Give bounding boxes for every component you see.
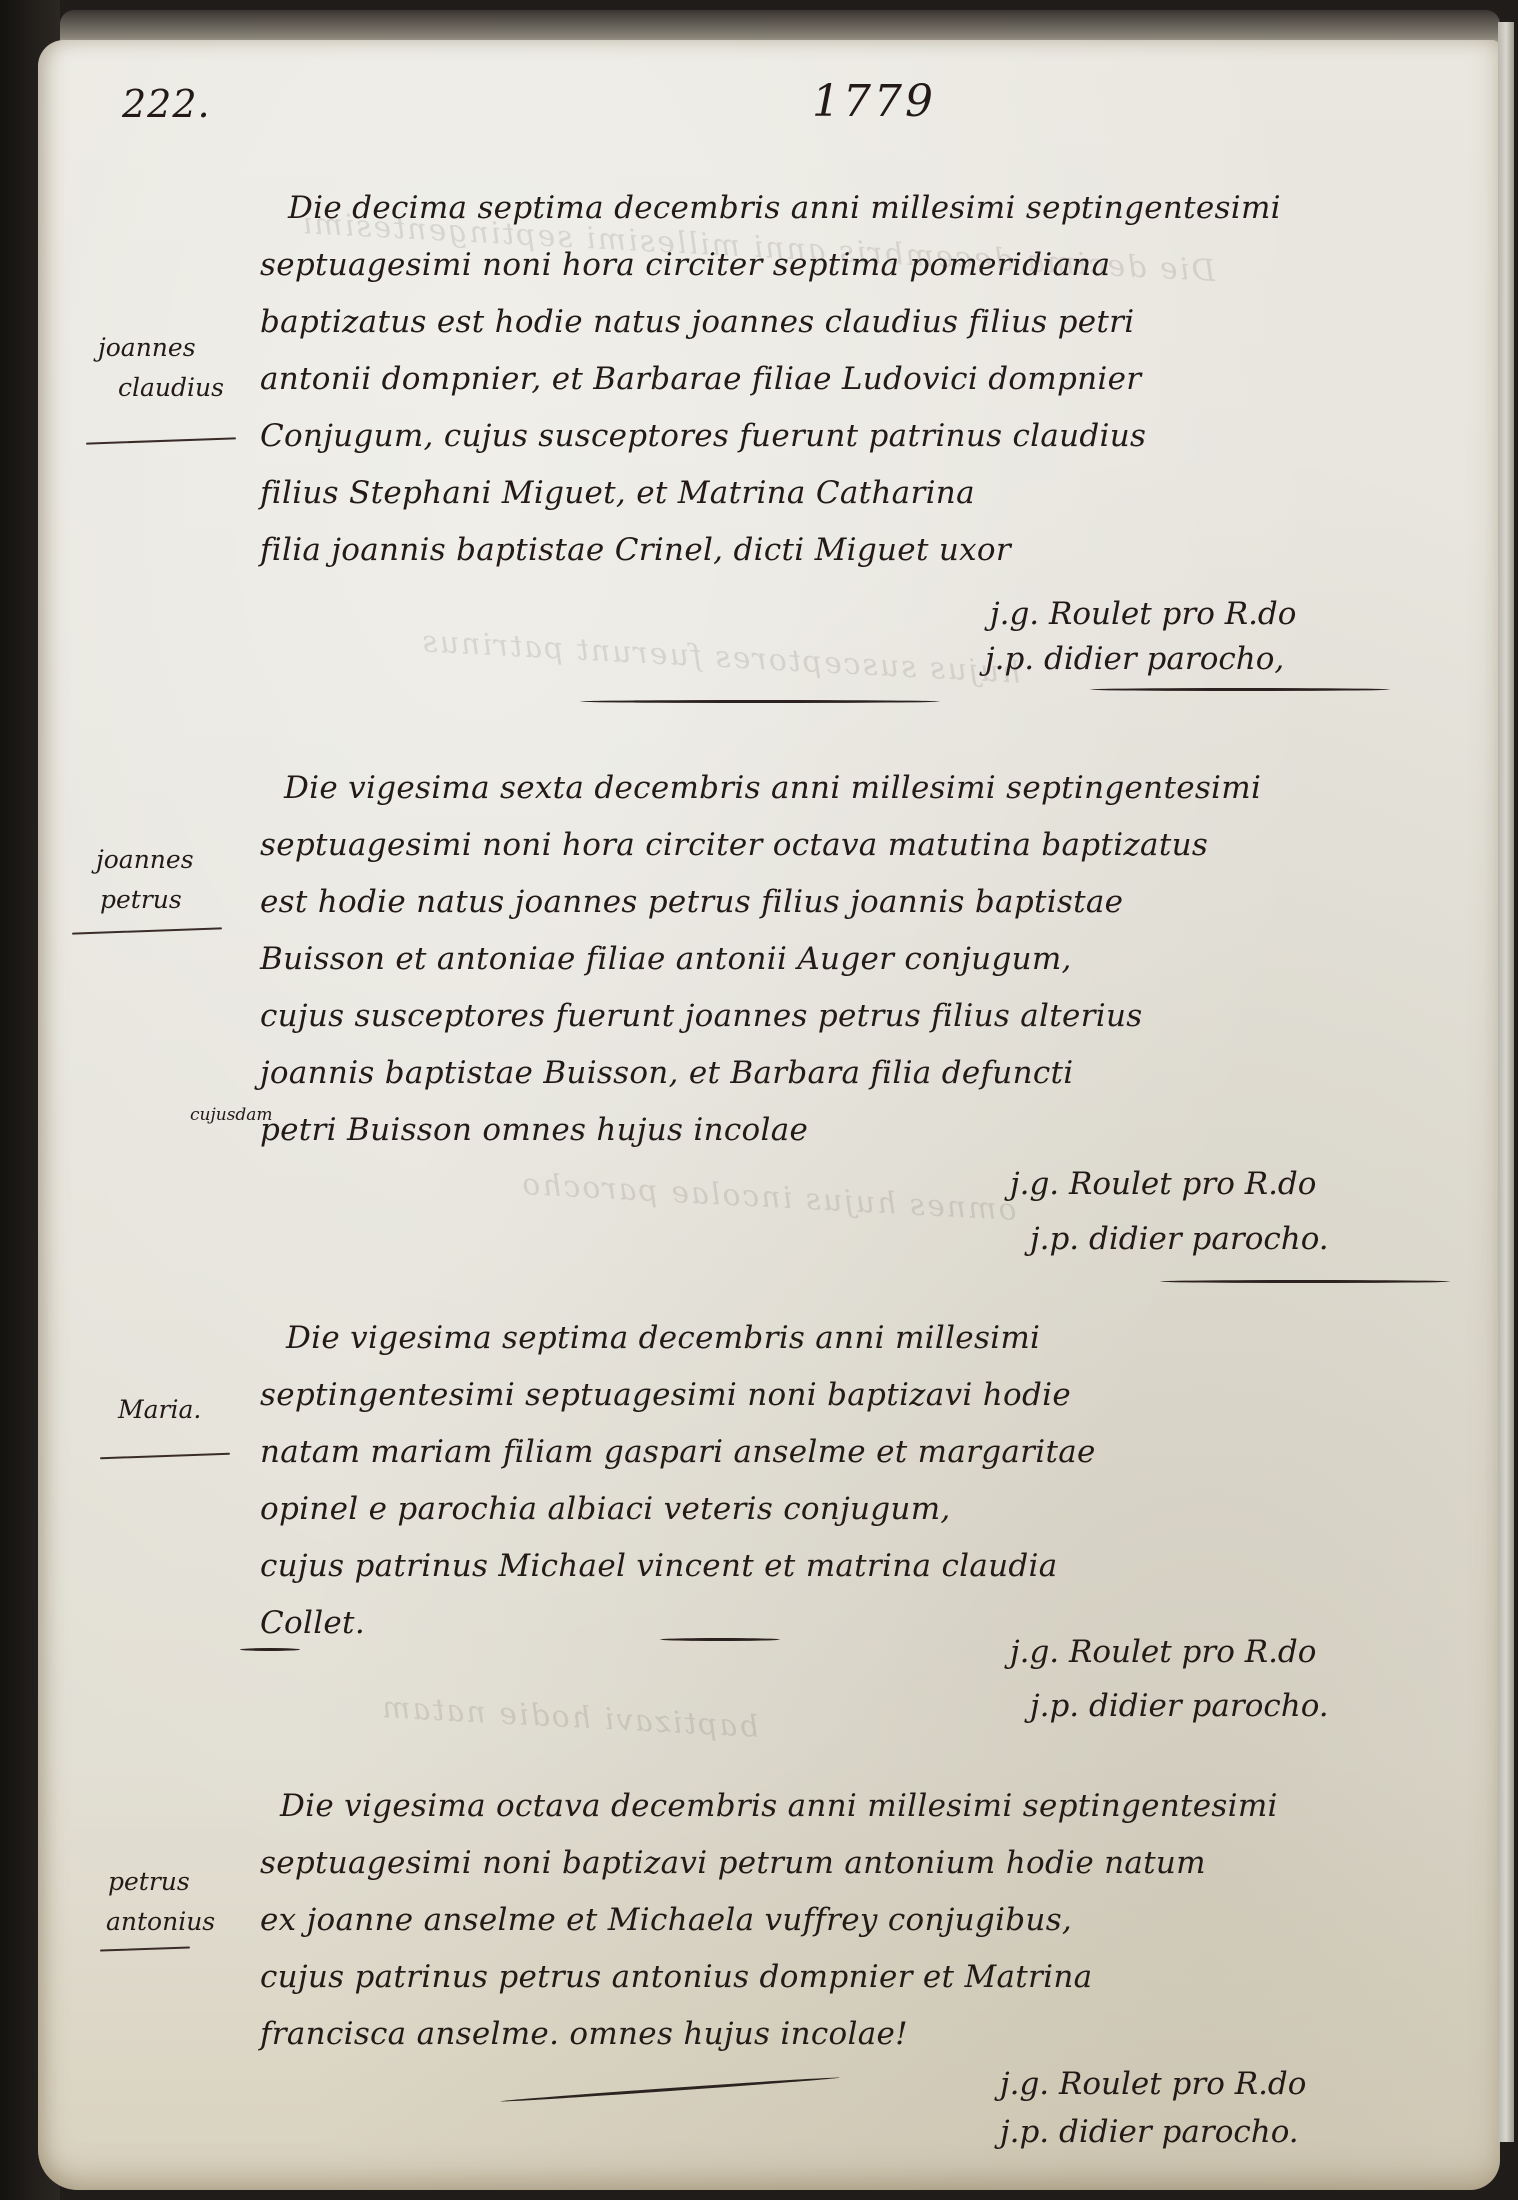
page-binding-edge [1498, 22, 1514, 2142]
closing-flourish [580, 700, 940, 703]
closing-flourish [660, 1638, 780, 1641]
signature-parish-priest: j.p. didier parocho. [1030, 1215, 1329, 1263]
signature-parish-priest: j.p. didier parocho, [985, 635, 1284, 683]
closing-flourish [1090, 688, 1390, 691]
entry-line: cujus patrinus petrus antonius dompnier … [260, 1949, 1460, 2006]
entry-line: filius Stephani Miguet, et Matrina Catha… [260, 465, 1460, 522]
register-year: 1779 [812, 76, 936, 127]
entry-text: Die vigesima octava decembris anni mille… [260, 1778, 1460, 2063]
entry-line: joannis baptistae Buisson, et Barbara fi… [260, 1045, 1460, 1102]
signature-parish-priest: j.p. didier parocho. [1030, 1682, 1329, 1730]
entry-line: septingentesimi septuagesimi noni baptiz… [260, 1367, 1460, 1424]
signature-vicar: j.g. Roulet pro R.do [1010, 1628, 1316, 1676]
signature-parish-priest: j.p. didier parocho. [1000, 2108, 1299, 2156]
entry-line: filia joannis baptistae Crinel, dicti Mi… [260, 522, 1460, 579]
entry-line: ex joanne anselme et Michaela vuffrey co… [260, 1892, 1460, 1949]
entry-line: Die vigesima sexta decembris anni milles… [260, 760, 1460, 817]
margin-name: joannes petrus [84, 840, 254, 920]
entry-text: Die vigesima septima decembris anni mill… [260, 1310, 1460, 1652]
entry-line: Buisson et antoniae filiae antonii Auger… [260, 931, 1460, 988]
signature-vicar: j.g. Roulet pro R.do [1000, 2060, 1306, 2108]
page-number: 222. [122, 82, 211, 126]
entry-text: Die vigesima sexta decembris anni milles… [260, 760, 1460, 1159]
margin-name: petrus antonius [84, 1862, 254, 1942]
closing-flourish [240, 1648, 300, 1651]
entry-text: Die decima septima decembris anni milles… [260, 180, 1460, 579]
entry-line: baptizatus est hodie natus joannes claud… [260, 294, 1460, 351]
entry-line: opinel e parochia albiaci veteris conjug… [260, 1481, 1460, 1538]
entry-line: Conjugum, cujus susceptores fuerunt patr… [260, 408, 1460, 465]
entry-line: cujus patrinus Michael vincent et matrin… [260, 1538, 1460, 1595]
entry-line: petri Buisson omnes hujus incolae [260, 1102, 1460, 1159]
entry-line: Die vigesima septima decembris anni mill… [260, 1310, 1460, 1367]
entry-line: Die decima septima decembris anni milles… [260, 180, 1460, 237]
entry-line: natam mariam filiam gaspari anselme et m… [260, 1424, 1460, 1481]
entry-line: est hodie natus joannes petrus filius jo… [260, 874, 1460, 931]
entry-line: septuagesimi noni baptizavi petrum anton… [260, 1835, 1460, 1892]
entry-line: antonii dompnier, et Barbarae filiae Lud… [260, 351, 1460, 408]
margin-name: Maria. [84, 1390, 254, 1430]
signature-vicar: j.g. Roulet pro R.do [1010, 1160, 1316, 1208]
entry-line: septuagesimi noni hora circiter octava m… [260, 817, 1460, 874]
entry-line: cujus susceptores fuerunt joannes petrus… [260, 988, 1460, 1045]
margin-name: joannes claudius [84, 328, 254, 408]
closing-flourish [1160, 1280, 1450, 1283]
entry-line: septuagesimi noni hora circiter septima … [260, 237, 1460, 294]
entry-line: Die vigesima octava decembris anni mille… [260, 1778, 1460, 1835]
signature-vicar: j.g. Roulet pro R.do [990, 590, 1296, 638]
entry-line: francisca anselme. omnes hujus incolae! [260, 2006, 1460, 2063]
